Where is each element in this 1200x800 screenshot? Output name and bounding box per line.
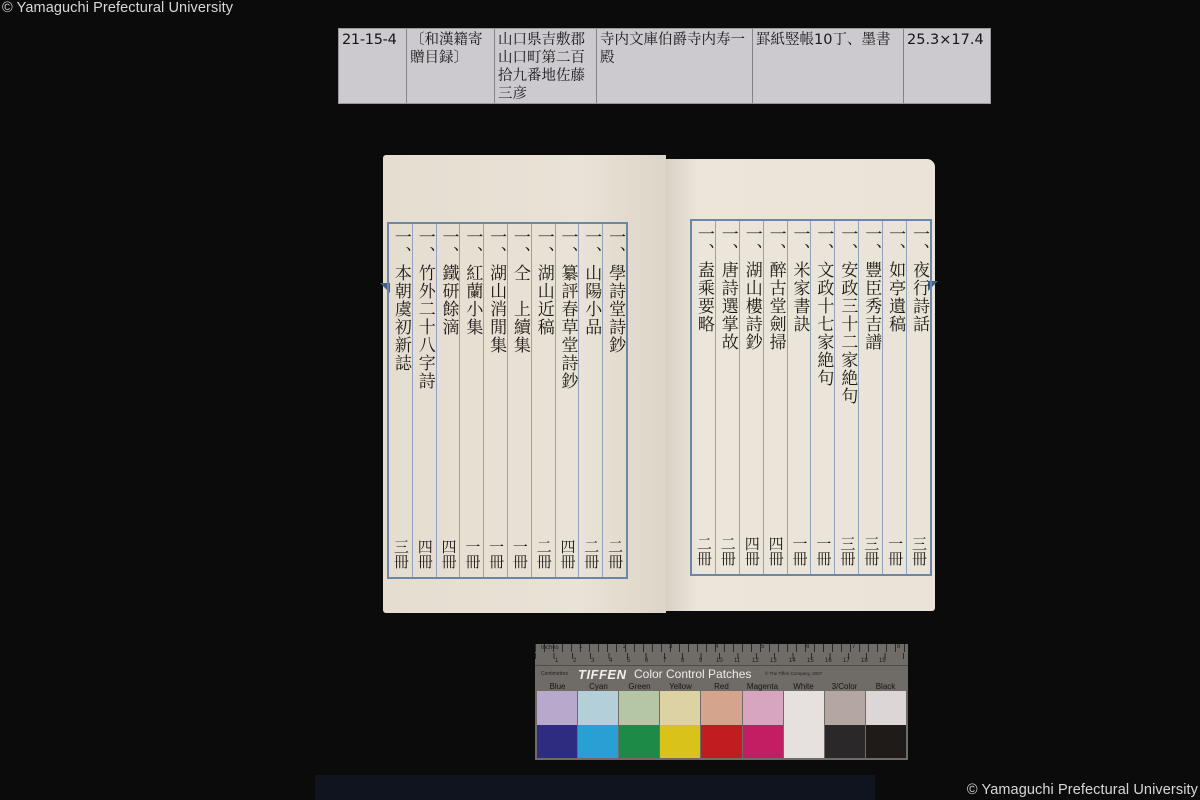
cm-mark: 11 <box>734 658 740 664</box>
list-item: 一、豐臣秀吉譜三冊 <box>858 221 882 574</box>
inch-mark: 2 <box>623 644 626 650</box>
cm-mark: 3 <box>591 658 594 664</box>
cm-mark: 14 <box>789 658 796 664</box>
volume-count: 一冊 <box>815 536 830 566</box>
list-item: 一、盍乘要略二冊 <box>692 221 715 574</box>
color-swatch <box>660 691 700 725</box>
catalog-donor: 山口県吉敷郡山口町第二百拾九番地佐藤三彦 <box>495 29 597 103</box>
book-title: 一、山陽小品 <box>582 228 599 336</box>
color-swatch <box>578 691 618 725</box>
book-title: 一、豐臣秀吉譜 <box>862 225 879 351</box>
list-item: 一、湖山消閒集一冊 <box>483 224 507 577</box>
list-item: 一、本朝虞初新誌三冊 <box>389 224 412 577</box>
patch-label: Cyan <box>578 682 619 691</box>
catalog-id: 21-15-4 <box>339 29 407 103</box>
book-title: 一、安政三十二家絶句 <box>838 225 855 405</box>
chart-copyright: © The Tiffen Company, 2007 <box>765 671 822 676</box>
list-item: 一、湖山樓詩鈔四冊 <box>739 221 763 574</box>
color-patch-green <box>619 691 659 758</box>
color-swatch <box>825 725 865 759</box>
patch-labels: Blue Cyan Green Yellow Red Magenta White… <box>537 682 906 691</box>
volume-count: 一冊 <box>887 536 902 566</box>
list-item: 一、山陽小品二冊 <box>578 224 602 577</box>
volume-count: 一冊 <box>464 539 479 569</box>
patch-label: Magenta <box>742 682 783 691</box>
cm-mark: 9 <box>699 658 702 664</box>
color-patch-black <box>866 691 906 758</box>
color-patch-red <box>701 691 741 758</box>
book-title: 一、湖山消閒集 <box>487 228 504 354</box>
inch-mark: 7 <box>852 644 855 650</box>
volume-count: 二冊 <box>536 539 551 569</box>
book-title: 一、醉古堂劍掃 <box>767 225 784 351</box>
color-patch-blue <box>537 691 577 758</box>
measurement-ruler: Inches 1 2 3 4 5 6 7 8 1 2 3 4 5 6 7 8 9… <box>535 644 908 666</box>
book-title: 一、紅蘭小集 <box>463 228 480 336</box>
inch-mark: 3 <box>669 644 672 650</box>
color-swatch <box>619 691 659 725</box>
color-swatch <box>537 691 577 725</box>
left-page-ruled-grid: 一、學詩堂詩鈔二冊 一、山陽小品二冊 一、纂評春草堂詩鈔四冊 一、湖山近稿二冊 … <box>387 222 628 579</box>
volume-count: 三冊 <box>863 536 878 566</box>
volume-count: 一冊 <box>488 539 503 569</box>
volume-count: 四冊 <box>417 539 432 569</box>
cm-mark: 10 <box>716 658 723 664</box>
inch-mark: 6 <box>806 644 809 650</box>
copyright-watermark-top: © Yamaguchi Prefectural University <box>2 0 233 16</box>
book-title: 一、纂評春草堂詩鈔 <box>559 228 576 390</box>
cm-mark: 1 <box>555 658 558 664</box>
catalog-recipient: 寺内文庫伯爵寺内寿一殿 <box>597 29 753 103</box>
catalog-label-strip: 21-15-4 〔和漢籍寄贈目録〕 山口県吉敷郡山口町第二百拾九番地佐藤三彦 寺… <box>338 28 991 104</box>
color-control-chart: Inches 1 2 3 4 5 6 7 8 1 2 3 4 5 6 7 8 9… <box>535 644 908 760</box>
list-item: 一、醉古堂劍掃四冊 <box>763 221 787 574</box>
book-title: 一、盍乘要略 <box>695 225 712 333</box>
volume-count: 二冊 <box>696 536 711 566</box>
centimetres-label: Centimetres <box>541 671 568 677</box>
copyright-watermark-bottom: © Yamaguchi Prefectural University <box>967 782 1198 798</box>
book-title: 一、仝 上續集 <box>511 228 528 354</box>
color-swatch <box>619 725 659 759</box>
color-patches <box>537 691 906 758</box>
right-page-ruled-grid: 一、夜行詩話三冊 一、如亭遺稿一冊 一、豐臣秀吉譜三冊 一、安政三十二家絶句三冊… <box>690 219 932 576</box>
color-swatch <box>701 725 741 759</box>
patch-label: Green <box>619 682 660 691</box>
book-title: 一、學詩堂詩鈔 <box>606 228 623 354</box>
color-swatch <box>866 691 906 725</box>
color-swatch <box>701 691 741 725</box>
open-manuscript-book: 一、學詩堂詩鈔二冊 一、山陽小品二冊 一、纂評春草堂詩鈔四冊 一、湖山近稿二冊 … <box>383 155 935 613</box>
patch-label: Yellow <box>660 682 701 691</box>
list-item: 一、竹外二十八字詩四冊 <box>412 224 436 577</box>
book-title: 一、竹外二十八字詩 <box>416 228 433 390</box>
background-shadow <box>315 775 875 800</box>
list-item: 一、學詩堂詩鈔二冊 <box>602 224 626 577</box>
cm-mark: 5 <box>627 658 630 664</box>
inch-mark: 8 <box>897 644 900 650</box>
inches-label: Inches <box>541 645 559 651</box>
volume-count: 四冊 <box>560 539 575 569</box>
catalog-format: 罫紙竪帳10丁、墨書 <box>753 29 904 103</box>
tiffen-logo: TIFFEN <box>578 667 627 682</box>
inch-mark: 1 <box>579 644 582 650</box>
list-item: 一、唐詩選掌故二冊 <box>715 221 739 574</box>
volume-count: 四冊 <box>744 536 759 566</box>
cm-mark: 15 <box>807 658 814 664</box>
color-swatch <box>784 691 824 725</box>
volume-count: 二冊 <box>583 539 598 569</box>
color-patch-cyan <box>578 691 618 758</box>
list-item: 一、紅蘭小集一冊 <box>459 224 483 577</box>
color-swatch <box>743 691 783 725</box>
color-patch-yellow <box>660 691 700 758</box>
volume-count: 四冊 <box>441 539 456 569</box>
catalog-size: 25.3×17.4 <box>904 29 990 103</box>
volume-count: 二冊 <box>720 536 735 566</box>
book-title: 一、夜行詩話 <box>910 225 927 333</box>
cm-mark: 7 <box>663 658 666 664</box>
patch-label: Blue <box>537 682 578 691</box>
cm-mark: 18 <box>861 658 868 664</box>
cm-mark: 8 <box>681 658 684 664</box>
color-swatch <box>743 725 783 759</box>
cm-mark: 19 <box>879 658 886 664</box>
book-title: 一、湖山樓詩鈔 <box>743 225 760 351</box>
volume-count: 二冊 <box>607 539 622 569</box>
color-patch-3-color <box>825 691 865 758</box>
cm-mark: 2 <box>573 658 576 664</box>
catalog-title: 〔和漢籍寄贈目録〕 <box>407 29 495 103</box>
left-page: 一、學詩堂詩鈔二冊 一、山陽小品二冊 一、纂評春草堂詩鈔四冊 一、湖山近稿二冊 … <box>383 155 666 613</box>
list-item: 一、夜行詩話三冊 <box>906 221 930 574</box>
list-item: 一、如亭遺稿一冊 <box>882 221 906 574</box>
cm-mark: 13 <box>770 658 777 664</box>
color-swatch <box>866 725 906 759</box>
color-swatch <box>825 691 865 725</box>
volume-count: 四冊 <box>768 536 783 566</box>
book-title: 一、鐵研餘滴 <box>440 228 457 336</box>
list-item: 一、仝 上續集一冊 <box>507 224 531 577</box>
book-title: 一、如亭遺稿 <box>886 225 903 333</box>
book-title: 一、唐詩選掌故 <box>719 225 736 351</box>
cm-mark: 12 <box>752 658 759 664</box>
patch-label: 3/Color <box>824 682 865 691</box>
color-patch-white <box>784 691 824 758</box>
book-title: 一、文政十七家絶句 <box>814 225 831 387</box>
cm-mark: 17 <box>843 658 850 664</box>
chart-title: Color Control Patches <box>634 667 751 681</box>
cm-mark: 4 <box>609 658 612 664</box>
book-title: 一、本朝虞初新誌 <box>392 228 409 372</box>
list-item: 一、纂評春草堂詩鈔四冊 <box>555 224 579 577</box>
patch-label: Black <box>865 682 906 691</box>
list-item: 一、鐵研餘滴四冊 <box>436 224 460 577</box>
book-title: 一、米家書訣 <box>791 225 808 333</box>
volume-count: 三冊 <box>393 539 408 569</box>
inch-mark: 5 <box>761 644 764 650</box>
book-title: 一、湖山近稿 <box>535 228 552 336</box>
volume-count: 三冊 <box>839 536 854 566</box>
volume-count: 一冊 <box>512 539 527 569</box>
list-item: 一、安政三十二家絶句三冊 <box>834 221 858 574</box>
right-page: 一、夜行詩話三冊 一、如亭遺稿一冊 一、豐臣秀吉譜三冊 一、安政三十二家絶句三冊… <box>666 159 935 611</box>
color-patch-magenta <box>743 691 783 758</box>
list-item: 一、文政十七家絶句一冊 <box>810 221 834 574</box>
color-swatch <box>578 725 618 759</box>
cm-mark: 16 <box>825 658 832 664</box>
inch-mark: 4 <box>715 644 718 650</box>
color-swatch <box>537 725 577 759</box>
color-swatch <box>660 725 700 759</box>
volume-count: 三冊 <box>911 536 926 566</box>
patch-label: Red <box>701 682 742 691</box>
chart-brand-row: Centimetres TIFFEN Color Control Patches… <box>535 666 908 682</box>
cm-mark: 6 <box>645 658 648 664</box>
color-swatch <box>784 725 824 759</box>
volume-count: 一冊 <box>792 536 807 566</box>
list-item: 一、米家書訣一冊 <box>787 221 811 574</box>
list-item: 一、湖山近稿二冊 <box>531 224 555 577</box>
patch-label: White <box>783 682 824 691</box>
